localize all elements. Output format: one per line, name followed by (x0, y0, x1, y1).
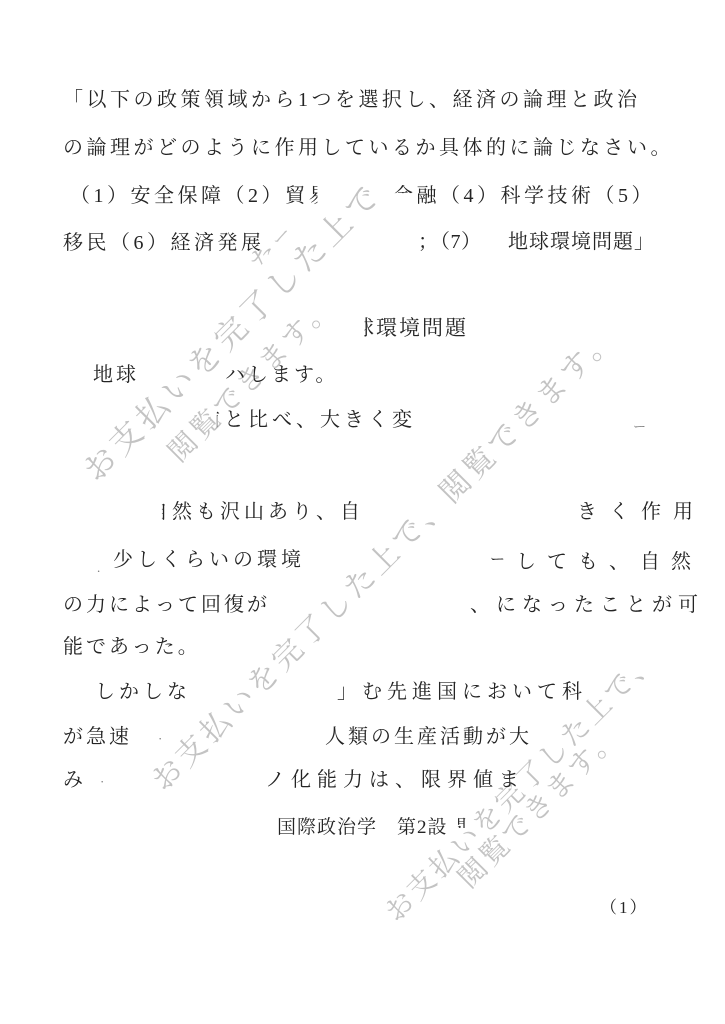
cut-character: 」 (337, 680, 362, 704)
body-text-segment: 然も沢山あり、自 (172, 501, 364, 523)
body-line-4-right: ーしても、自然 (490, 548, 702, 574)
cut-character: ー (490, 548, 516, 572)
body-text-segment: します。 (248, 364, 338, 386)
cut-character: ノ (265, 768, 291, 792)
course-footer-text: 国際政治学 第2設 (277, 817, 448, 838)
page-number: （1） (600, 896, 649, 920)
cut-character: 金 (393, 184, 417, 208)
cut-character: 、 (470, 593, 496, 617)
body-line-1-left: 地球 (93, 363, 139, 387)
body-line-9-right: ノ化能力は、限界値ま (265, 768, 525, 792)
cut-character: 大 (545, 500, 577, 524)
section-title-text: 環境問題 (376, 316, 468, 340)
question-line-3-left: （1）安全保障（2）貿易 (70, 184, 332, 208)
body-line-2: 前と比べ、大きく変 (200, 408, 416, 432)
section-title: 球環境問題 (353, 316, 468, 340)
body-text-segment: しても、自然 (516, 551, 702, 573)
cut-character: · (158, 731, 162, 747)
cut-character: . (97, 560, 100, 576)
course-footer: 国際政治学 第2設問 (277, 816, 468, 840)
question-line-1: 「以下の政策領域から1つを選択し、経済の論理と政治 (63, 88, 641, 112)
question-line-2: の論理がどのように作用しているか具体的に論じなさい。 (63, 136, 674, 160)
option-list-segment: 融（4）科学技術（5） (417, 185, 656, 207)
body-line-4-left: 少しくらいの環境 (113, 548, 305, 572)
cut-character: 球 (353, 316, 376, 340)
question-line-4-option7: （7） (430, 230, 482, 254)
body-line-8-left: が急速 (63, 725, 132, 749)
watermark-payment-notice-1: お支払いを完了した上で (77, 177, 387, 487)
body-line-3-right: 大きく作用 (545, 500, 705, 524)
body-text-segment: む先進国において科 (362, 681, 587, 703)
cut-character: 易 (309, 184, 333, 208)
cut-character: 自 (148, 500, 172, 524)
question-line-4-right: 地球環境問題」 (508, 230, 655, 254)
body-text-segment: きく作用 (577, 501, 705, 523)
body-line-1-right: ハします。 (225, 363, 338, 387)
body-text-segment: になったことが可 (496, 594, 704, 616)
body-line-5-right: 、になったことが可 (470, 593, 704, 617)
body-line-5-left: の力によって回復が (63, 593, 270, 617)
cut-character: 問 (448, 816, 468, 840)
body-line-9-left: み (63, 768, 86, 792)
body-line-8-right: 人類の生産活動が大 (325, 725, 532, 749)
cut-character: ー (633, 416, 646, 435)
body-text-segment: と比べ、大きく変 (224, 409, 416, 431)
body-line-7-left: しかしな (95, 680, 191, 704)
cut-character: ハ (225, 363, 248, 387)
question-line-4-left: 移民（6）経済発展 (63, 231, 265, 255)
body-line-3-left: 自然も沢山あり、自 (148, 500, 364, 524)
cut-character: · (100, 774, 104, 790)
cut-character: 前 (200, 408, 224, 432)
document-page: お支払いを完了した上で 閲覧できます。 お支払いを完了した上で、閲覧できます。 … (0, 0, 725, 1024)
body-line-7-right: 」む先進国において科 (337, 680, 587, 704)
question-line-3-right: 金融（4）科学技術（5） (393, 184, 655, 208)
option-list-segment: （1）安全保障（2）貿 (70, 185, 309, 207)
body-line-6: 能であった。 (63, 635, 201, 659)
body-text-segment: 化能力は、限界値ま (291, 769, 525, 791)
